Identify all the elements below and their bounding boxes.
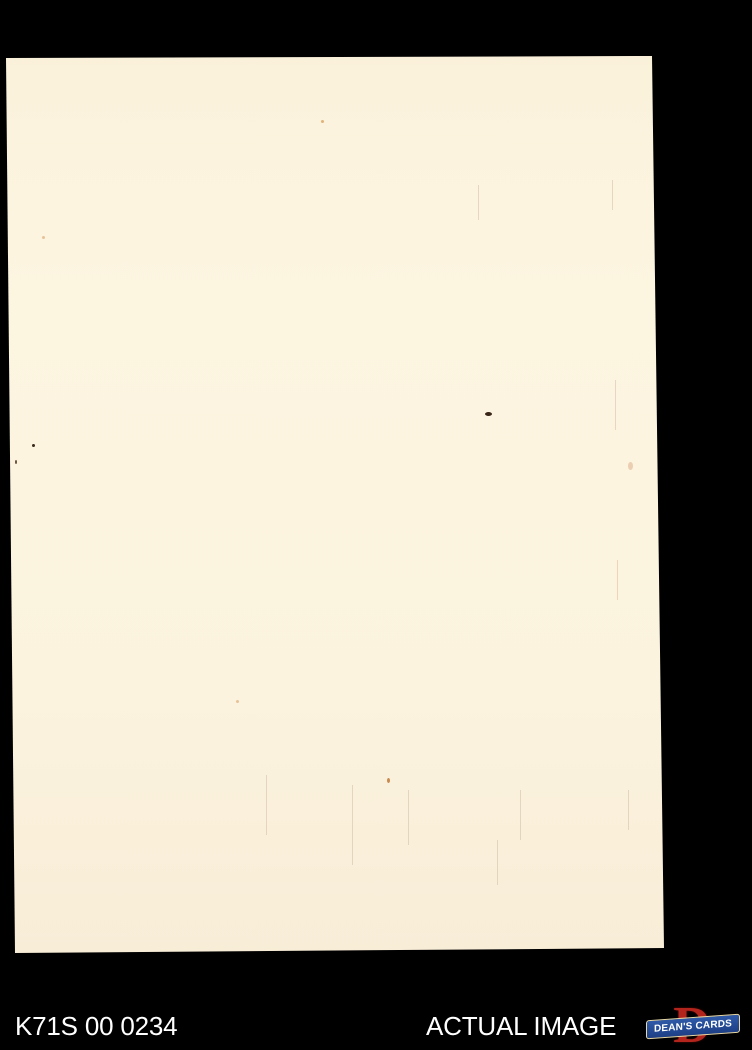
actual-image-label: ACTUAL IMAGE	[426, 1010, 616, 1042]
blemish	[32, 444, 35, 447]
print-streak	[408, 790, 409, 845]
print-streak	[352, 785, 353, 865]
cert-number: K71S 00 0234	[15, 1010, 177, 1042]
print-streak	[612, 180, 613, 210]
print-streak	[266, 775, 267, 835]
blemish	[485, 412, 492, 416]
blemish	[321, 120, 324, 123]
print-streak	[617, 560, 618, 600]
card-back	[0, 0, 752, 990]
blemish	[15, 460, 17, 464]
blemish	[42, 236, 45, 239]
blemish	[236, 700, 239, 703]
logo-banner: DEAN'S CARDS	[646, 1014, 740, 1040]
print-streak	[615, 380, 616, 430]
print-streak	[497, 840, 498, 885]
card-photo	[0, 0, 752, 990]
deans-cards-logo-icon: D DEAN'S CARDS	[645, 1004, 739, 1048]
blemish	[628, 462, 633, 470]
print-streak	[628, 790, 629, 830]
blemish	[387, 778, 390, 783]
print-streak	[520, 790, 521, 840]
print-streak	[478, 185, 479, 220]
